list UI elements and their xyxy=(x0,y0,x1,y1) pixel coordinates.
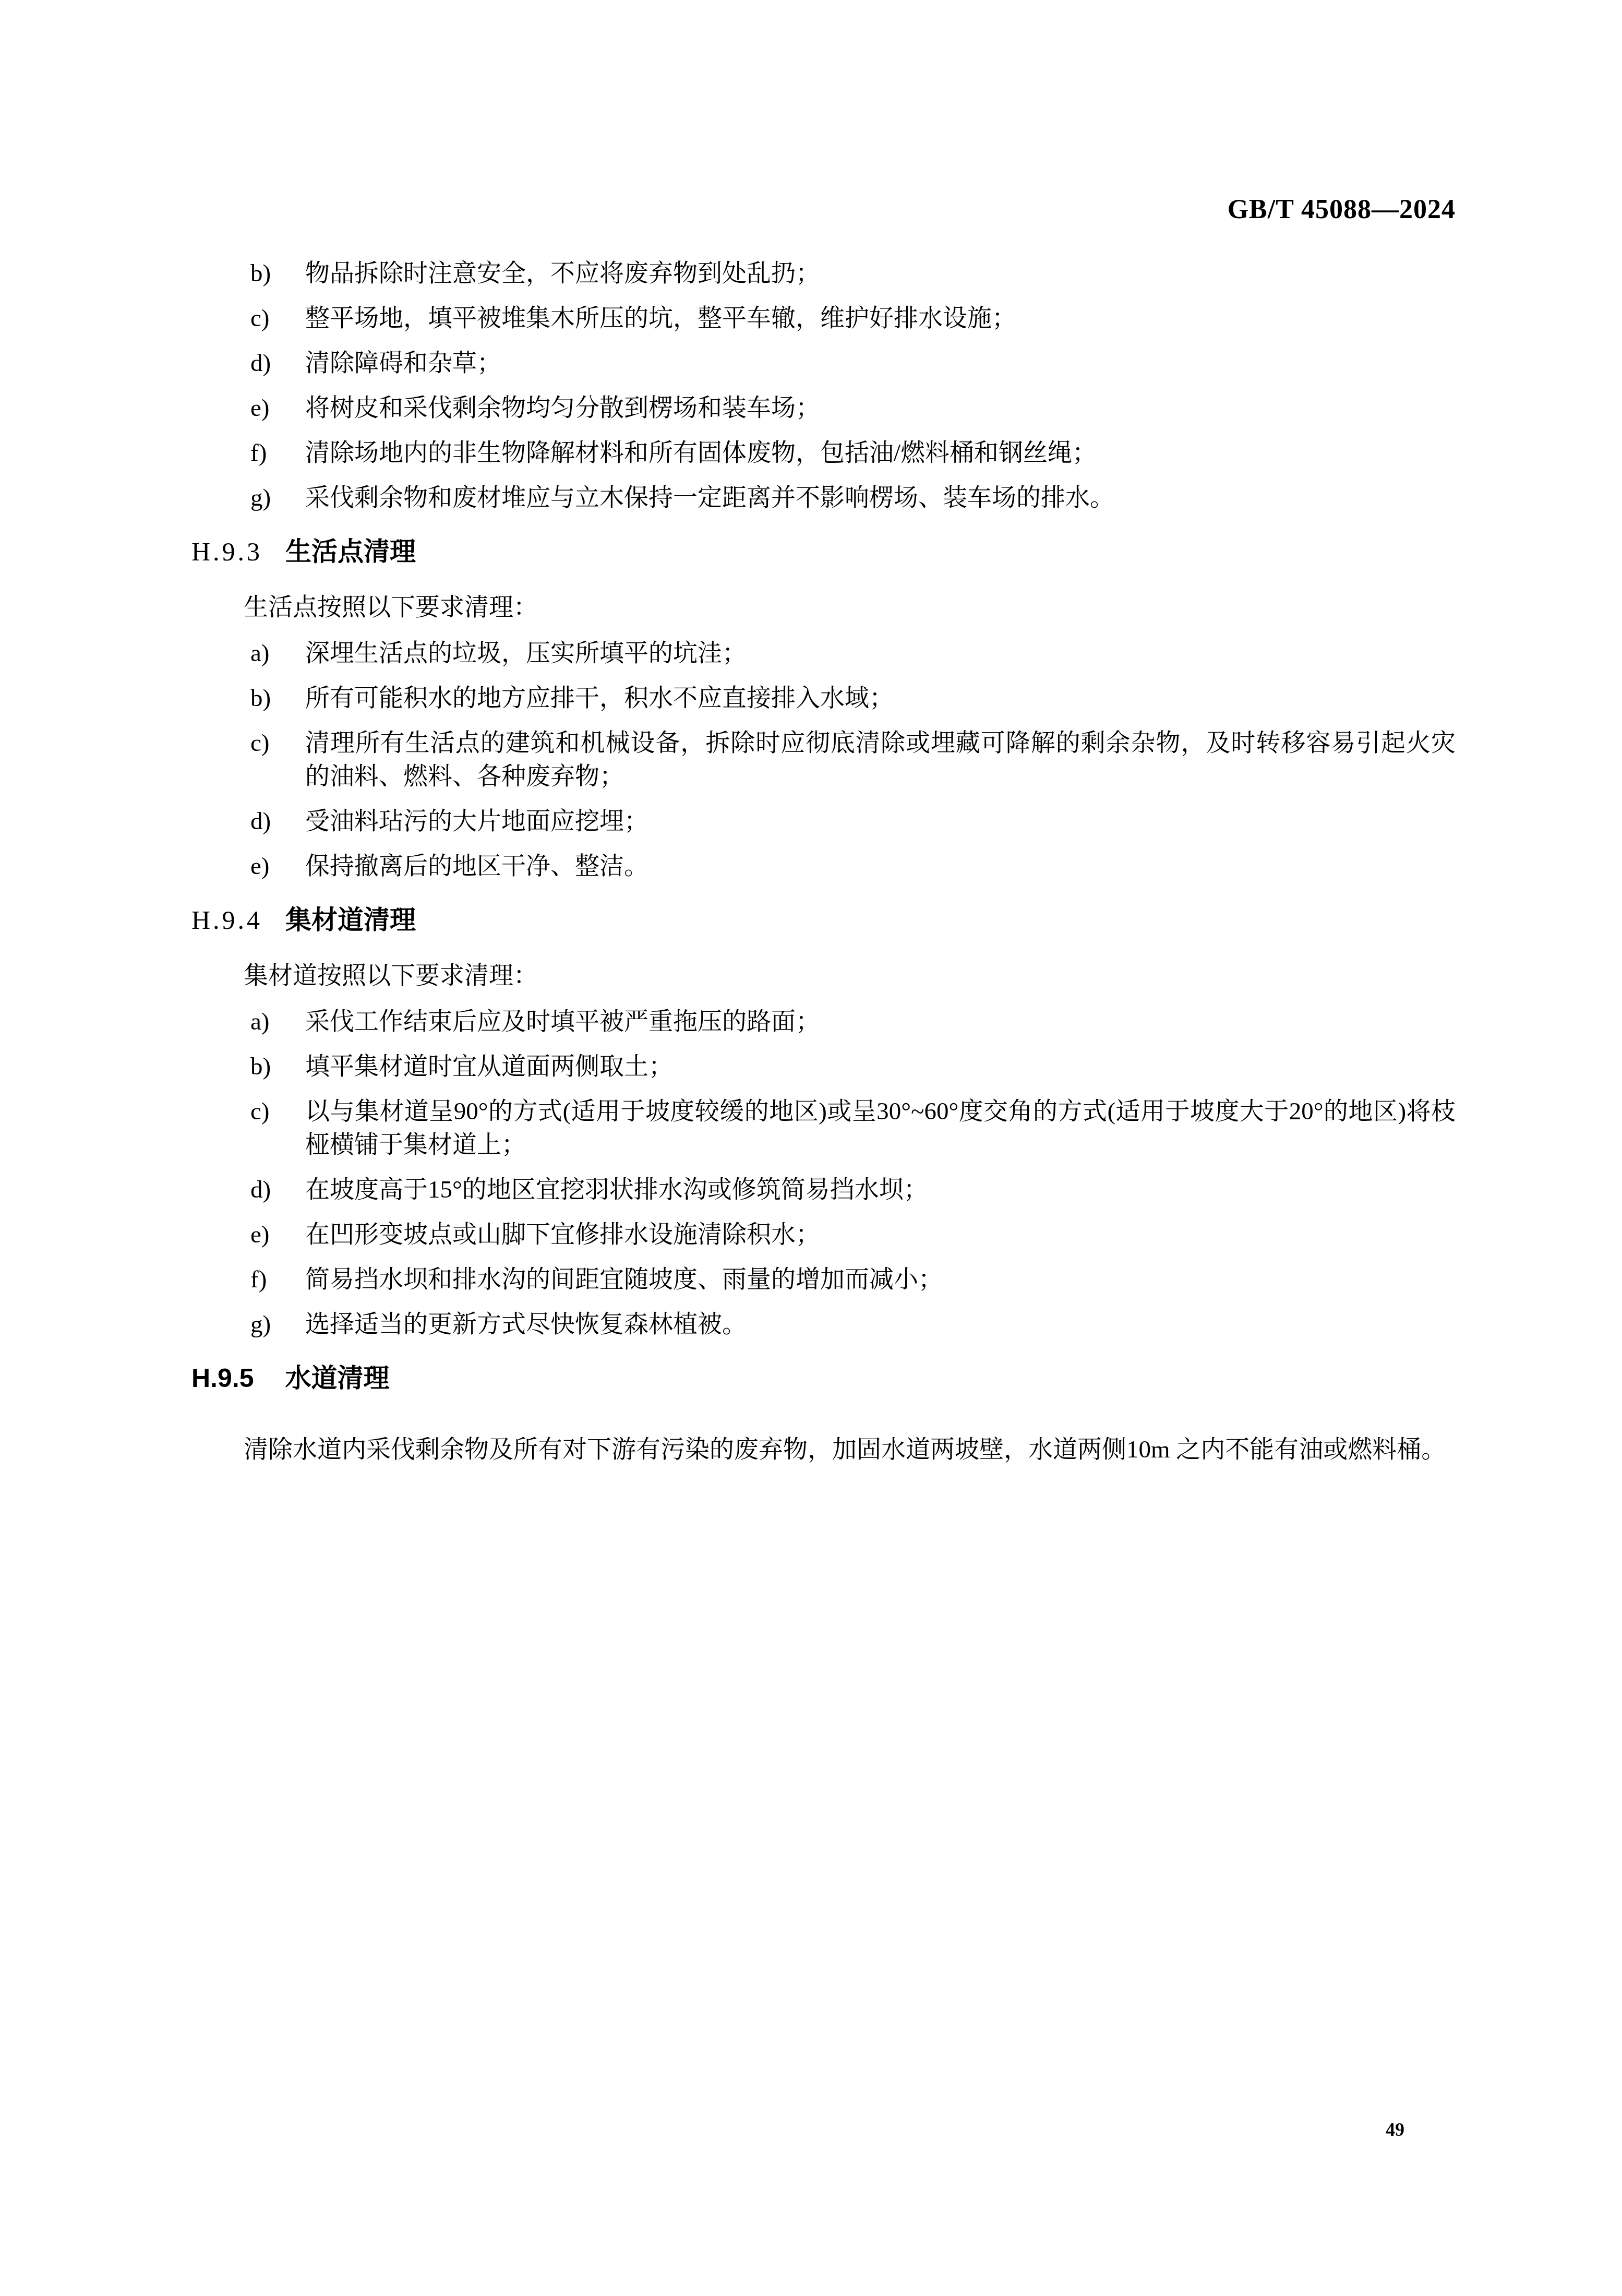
clause-text: 填平集材道时宜从道面两侧取土； xyxy=(305,1053,673,1080)
clause-text: 所有可能积水的地方应排干，积水不应直接排入水域； xyxy=(305,685,894,712)
clause-text: 清理所有生活点的建筑和机械设备，拆除时应彻底清除或埋藏可降解的剩余杂物，及时转移… xyxy=(305,730,1456,790)
clause-item: d) 在坡度高于15°的地区宜挖羽状排水沟或修筑简易挡水坝； xyxy=(191,1173,1456,1206)
clause-item: e) 将树皮和采伐剩余物均匀分散到楞场和装车场； xyxy=(191,391,1456,425)
page-content: b) 物品拆除时注意安全，不应将废弃物到处乱扔； c) 整平场地，填平被堆集木所… xyxy=(191,257,1456,1466)
section-intro: 生活点按照以下要求清理： xyxy=(191,591,1456,624)
section-title: 集材道清理 xyxy=(285,902,416,938)
section-number: H.9.3 xyxy=(191,533,262,570)
clause-item: b) 填平集材道时宜从道面两侧取土； xyxy=(191,1050,1456,1083)
clause-item: f) 简易挡水坝和排水沟的间距宜随坡度、雨量的增加而减小； xyxy=(191,1263,1456,1296)
clause-label: f) xyxy=(250,436,267,470)
clause-label: a) xyxy=(250,1005,270,1038)
section-body-paragraph: 清除水道内采伐剩余物及所有对下游有污染的废弃物，加固水道两坡壁，水道两侧10m … xyxy=(191,1433,1456,1466)
document-page: GB/T 45088—2024 b) 物品拆除时注意安全，不应将废弃物到处乱扔；… xyxy=(0,0,1622,2296)
clause-text: 将树皮和采伐剩余物均匀分散到楞场和装车场； xyxy=(305,394,820,422)
clause-item: d) 受油料玷污的大片地面应挖埋； xyxy=(191,805,1456,838)
clause-item: g) 选择适当的更新方式尽快恢复森林植被。 xyxy=(191,1308,1456,1341)
clause-label: e) xyxy=(250,850,270,883)
page-number: 49 xyxy=(1386,2119,1404,2140)
doc-number: GB/T 45088—2024 xyxy=(1228,194,1456,225)
clause-text: 清除障碍和杂草； xyxy=(305,350,501,377)
clause-text: 简易挡水坝和排水沟的间距宜随坡度、雨量的增加而减小； xyxy=(305,1266,943,1293)
clause-label: f) xyxy=(250,1263,267,1296)
section-heading-h95: H.9.5 水道清理 xyxy=(191,1360,1456,1396)
clause-label: c) xyxy=(250,1095,270,1128)
clause-label: g) xyxy=(250,1308,271,1341)
clause-label: b) xyxy=(250,1050,271,1083)
clause-item: a) 采伐工作结束后应及时填平被严重拖压的路面； xyxy=(191,1005,1456,1038)
section-heading-h94: H.9.4 集材道清理 xyxy=(191,902,1456,938)
clause-text: 保持撤离后的地区干净、整洁。 xyxy=(305,853,648,880)
clause-text: 物品拆除时注意安全，不应将废弃物到处乱扔； xyxy=(305,260,820,287)
clause-item: b) 物品拆除时注意安全，不应将废弃物到处乱扔； xyxy=(191,257,1456,290)
clause-label: b) xyxy=(250,257,271,290)
clause-item: c) 清理所有生活点的建筑和机械设备，拆除时应彻底清除或埋藏可降解的剩余杂物，及… xyxy=(191,726,1456,793)
clause-label: c) xyxy=(250,726,270,760)
clause-list-h94: a) 采伐工作结束后应及时填平被严重拖压的路面； b) 填平集材道时宜从道面两侧… xyxy=(191,1005,1456,1341)
clause-item: e) 在凹形变坡点或山脚下宜修排水设施清除积水； xyxy=(191,1218,1456,1251)
clause-label: c) xyxy=(250,302,270,335)
clause-label: d) xyxy=(250,805,271,838)
clause-list-h93: a) 深埋生活点的垃圾，压实所填平的坑洼； b) 所有可能积水的地方应排干，积水… xyxy=(191,637,1456,883)
clause-text: 在凹形变坡点或山脚下宜修排水设施清除积水； xyxy=(305,1221,820,1248)
clause-text: 深埋生活点的垃圾，压实所填平的坑洼； xyxy=(305,640,747,667)
section-title: 水道清理 xyxy=(285,1360,390,1396)
clause-label: b) xyxy=(250,681,271,715)
clause-text: 以与集材道呈90°的方式(适用于坡度较缓的地区)或呈30°~60°度交角的方式(… xyxy=(305,1098,1456,1158)
clause-list-h92: b) 物品拆除时注意安全，不应将废弃物到处乱扔； c) 整平场地，填平被堆集木所… xyxy=(191,257,1456,515)
clause-item: b) 所有可能积水的地方应排干，积水不应直接排入水域； xyxy=(191,681,1456,715)
clause-item: a) 深埋生活点的垃圾，压实所填平的坑洼； xyxy=(191,637,1456,670)
clause-text: 采伐剩余物和废材堆应与立木保持一定距离并不影响楞场、装车场的排水。 xyxy=(305,484,1114,511)
clause-label: a) xyxy=(250,637,270,670)
clause-label: d) xyxy=(250,1173,271,1206)
clause-item: d) 清除障碍和杂草； xyxy=(191,346,1456,380)
clause-text: 整平场地，填平被堆集木所压的坑，整平车辙，维护好排水设施； xyxy=(305,305,1016,332)
section-title: 生活点清理 xyxy=(285,533,416,570)
clause-text: 采伐工作结束后应及时填平被严重拖压的路面； xyxy=(305,1008,820,1035)
section-heading-h93: H.9.3 生活点清理 xyxy=(191,533,1456,570)
section-number: H.9.4 xyxy=(191,902,262,938)
clause-label: g) xyxy=(250,481,271,515)
section-intro: 集材道按照以下要求清理： xyxy=(191,959,1456,992)
clause-label: e) xyxy=(250,1218,270,1251)
clause-text: 选择适当的更新方式尽快恢复森林植被。 xyxy=(305,1311,747,1338)
clause-item: c) 以与集材道呈90°的方式(适用于坡度较缓的地区)或呈30°~60°度交角的… xyxy=(191,1095,1456,1162)
clause-text: 受油料玷污的大片地面应挖埋； xyxy=(305,808,648,835)
clause-item: g) 采伐剩余物和废材堆应与立木保持一定距离并不影响楞场、装车场的排水。 xyxy=(191,481,1456,515)
clause-item: c) 整平场地，填平被堆集木所压的坑，整平车辙，维护好排水设施； xyxy=(191,302,1456,335)
clause-label: d) xyxy=(250,346,271,380)
section-number: H.9.5 xyxy=(191,1360,254,1396)
clause-text: 在坡度高于15°的地区宜挖羽状排水沟或修筑简易挡水坝； xyxy=(305,1176,928,1203)
clause-text: 清除场地内的非生物降解材料和所有固体废物，包括油/燃料桶和钢丝绳； xyxy=(305,439,1097,467)
clause-item: f) 清除场地内的非生物降解材料和所有固体废物，包括油/燃料桶和钢丝绳； xyxy=(191,436,1456,470)
clause-item: e) 保持撤离后的地区干净、整洁。 xyxy=(191,850,1456,883)
clause-label: e) xyxy=(250,391,270,425)
